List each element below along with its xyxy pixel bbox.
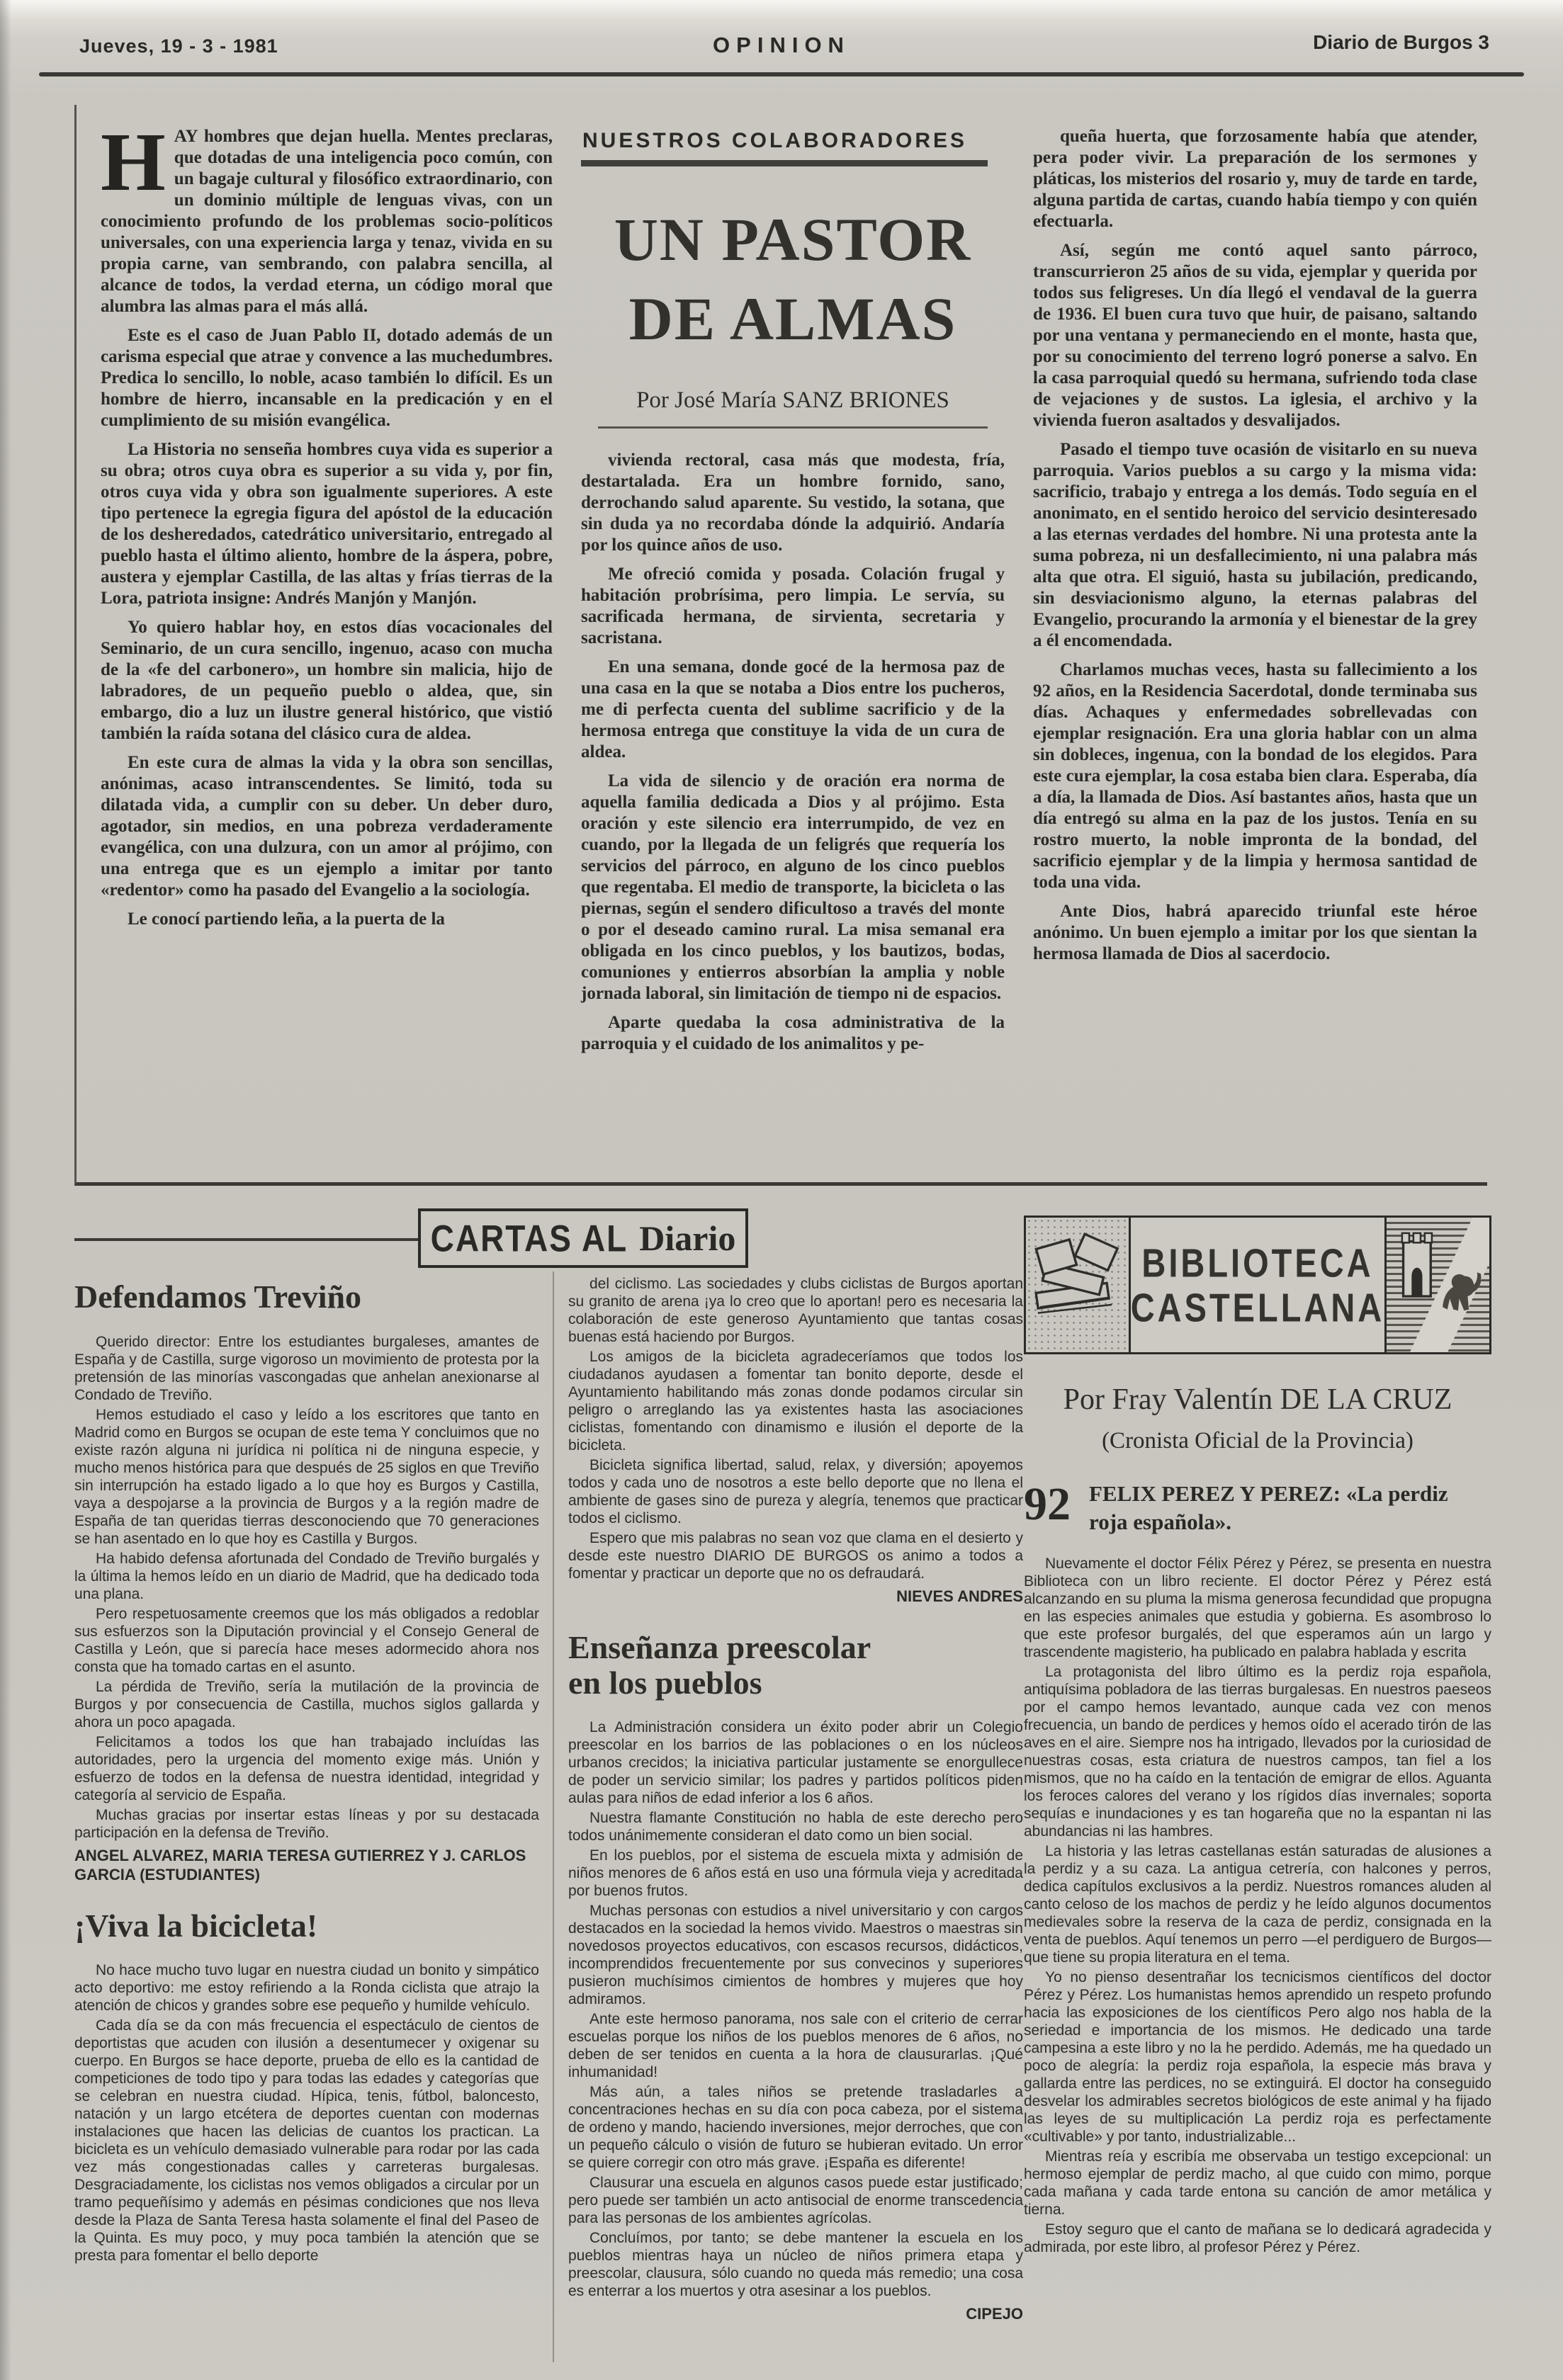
letter-paragraph: Querido director: Entre los estudiantes … xyxy=(74,1333,539,1404)
biblioteca-section: BIBLIOTECA CASTELLANA xyxy=(1024,1215,1491,2258)
review-paragraph: Yo no pienso desentrañar los tecnicismos… xyxy=(1024,1968,1491,2146)
article-paragraph: queña huerta, que forzosamente había que… xyxy=(1033,126,1477,232)
article-paragraph: Aparte quedaba la cosa administrativa de… xyxy=(581,1012,1005,1055)
header-masthead: Diario de Burgos 3 xyxy=(1313,31,1489,54)
entry-title: FELIX PEREZ Y PEREZ: «La perdiz roja esp… xyxy=(1089,1478,1491,1536)
letters-column-left: Defendamos Treviño Querido director: Ent… xyxy=(74,1279,539,2267)
article-byline: Por José María SANZ BRIONES xyxy=(581,387,1005,414)
letter-paragraph: Cada día se da con más frecuencia el esp… xyxy=(74,2017,539,2265)
review-paragraph: Nuevamente el doctor Félix Pérez y Pérez… xyxy=(1024,1555,1491,1661)
letter-paragraph: No hace mucho tuvo lugar en nuestra ciud… xyxy=(74,1961,539,2014)
letter-paragraph: Muchas personas con estudios a nivel uni… xyxy=(568,1902,1023,2008)
letter-paragraph: La Administración considera un éxito pod… xyxy=(568,1718,1023,1807)
article-paragraph: Me ofreció comida y posada. Colación fru… xyxy=(581,564,1005,649)
article-paragraph: Pasado el tiempo tuve ocasión de visitar… xyxy=(1033,439,1477,652)
cartas-title-right: Diario xyxy=(639,1218,735,1259)
article-paragraph: Así, según me contó aquel santo párroco,… xyxy=(1033,240,1477,431)
cartas-title-left: CARTAS AL xyxy=(431,1216,628,1260)
header-rule xyxy=(39,72,1524,76)
letter-title-bicicleta: ¡Viva la bicicleta! xyxy=(74,1908,539,1944)
letter-paragraph: Espero que mis palabras no sean voz que … xyxy=(568,1529,1023,1582)
letter-paragraph: Muchas gracias por insertar estas líneas… xyxy=(74,1806,539,1842)
castile-leon-crest-icon xyxy=(1387,1218,1489,1352)
biblioteca-entry: 92 FELIX PEREZ Y PEREZ: «La perdiz roja … xyxy=(1024,1478,1491,1536)
drop-cap: H xyxy=(101,126,174,194)
byline-rule xyxy=(598,426,988,429)
article-paragraph: La vida de silencio y de oración era nor… xyxy=(581,771,1005,1004)
review-paragraph: La protagonista del libro último es la p… xyxy=(1024,1663,1491,1840)
article-column-2: NUESTROS COLABORADORES UN PASTOR DE ALMA… xyxy=(581,126,1005,1182)
letter-signature: NIEVES ANDRES xyxy=(568,1587,1023,1606)
letter-paragraph: Los amigos de la bicicleta agradeceríamo… xyxy=(568,1348,1023,1454)
article-paragraph: Le conocí partiendo leña, a la puerta de… xyxy=(101,909,553,930)
letter-title-line1: Enseñanza preescolar xyxy=(568,1629,871,1665)
cartas-rule xyxy=(74,1238,419,1241)
letter-paragraph: La pérdida de Treviño, sería la mutilaci… xyxy=(74,1678,539,1731)
biblioteca-byline-sub: (Cronista Oficial de la Provincia) xyxy=(1024,1428,1491,1454)
biblioteca-byline: Por Fray Valentín DE LA CRUZ xyxy=(1024,1383,1491,1417)
letter-paragraph: Más aún, a tales niños se pretende trasl… xyxy=(568,2083,1023,2172)
letter-paragraph: Concluímos, por tanto; se debe mantener … xyxy=(568,2229,1023,2300)
kicker-rule xyxy=(581,160,988,166)
castle-tower-icon xyxy=(1402,1233,1432,1296)
article-column-1: HAY hombres que dejan huella. Mentes pre… xyxy=(101,126,553,1182)
newspaper-page: Jueves, 19 - 3 - 1981 OPINION Diario de … xyxy=(0,0,1563,2380)
entry-number: 92 xyxy=(1024,1478,1071,1536)
letter-signature: CIPEJO xyxy=(568,2304,1023,2323)
review-paragraph: La historia y las letras castellanas est… xyxy=(1024,1842,1491,1966)
letter-paragraph: Ha habido defensa afortunada del Condado… xyxy=(74,1550,539,1603)
letter-title-line2: en los pueblos xyxy=(568,1665,762,1701)
article-paragraph: Yo quiero hablar hoy, en estos días voca… xyxy=(101,617,553,744)
letter-paragraph: Ante este hermoso panorama, nos sale con… xyxy=(568,2010,1023,2081)
article-kicker: NUESTROS COLABORADORES xyxy=(582,129,1005,153)
lion-icon xyxy=(1443,1272,1481,1310)
review-paragraph: Mientras reía y escribía me observaba un… xyxy=(1024,2148,1491,2218)
article-paragraph: vivienda rectoral, casa más que modesta,… xyxy=(581,450,1005,556)
article-title-line1: UN PASTOR xyxy=(614,205,972,273)
letter-paragraph: En los pueblos, por el sistema de escuel… xyxy=(568,1847,1023,1900)
letter-title-trevino: Defendamos Treviño xyxy=(74,1279,539,1315)
main-article: HAY hombres que dejan huella. Mentes pre… xyxy=(74,105,1487,1186)
article-paragraph: La Historia no senseña hombres cuya vida… xyxy=(101,439,553,609)
page-left-shadow xyxy=(0,0,11,2380)
letter-paragraph: Hemos estudiado el caso y leído a los es… xyxy=(74,1406,539,1548)
letter-paragraph: Felicitamos a todos los que han trabajad… xyxy=(74,1733,539,1804)
letter-paragraph: Clausurar una escuela en algunos casos p… xyxy=(568,2174,1023,2227)
article-paragraph: Ante Dios, habrá aparecido triunfal este… xyxy=(1033,901,1477,965)
article-column-3: queña huerta, que forzosamente había que… xyxy=(1033,126,1477,1182)
letter-paragraph: Bicicleta significa libertad, salud, rel… xyxy=(568,1456,1023,1527)
review-paragraph: Estoy seguro que el canto de mañana se l… xyxy=(1024,2221,1491,2256)
article-paragraph: En este cura de almas la vida y la obra … xyxy=(101,752,553,901)
article-title-line2: DE ALMAS xyxy=(629,285,957,353)
letter-title-preescolar: Enseñanza preescolar en los pueblos xyxy=(568,1630,1023,1700)
article-paragraph: Este es el caso de Juan Pablo II, dotado… xyxy=(101,325,553,431)
books-icon xyxy=(1026,1218,1131,1352)
biblioteca-banner-title: BIBLIOTECA CASTELLANA xyxy=(1131,1218,1387,1352)
cartas-header-box: CARTAS AL Diario xyxy=(418,1208,748,1268)
article-paragraph: HAY hombres que dejan huella. Mentes pre… xyxy=(101,126,553,317)
letters-column-middle: del ciclismo. Las sociedades y clubs cic… xyxy=(568,1275,1023,2330)
article-title: UN PASTOR DE ALMAS xyxy=(581,200,1005,359)
column-divider xyxy=(553,1271,554,2362)
letter-signature: ANGEL ALVAREZ, MARIA TERESA GUTIERREZ Y … xyxy=(74,1846,539,1884)
letter-paragraph: del ciclismo. Las sociedades y clubs cic… xyxy=(568,1275,1023,1346)
letter-paragraph: Nuestra flamante Constitución no habla d… xyxy=(568,1809,1023,1844)
letter-paragraph: Pero respetuosamente creemos que los más… xyxy=(74,1605,539,1676)
banner-title-line2: CASTELLANA xyxy=(1131,1284,1385,1331)
article-paragraph: Charlamos muchas veces, hasta su falleci… xyxy=(1033,659,1477,893)
article-paragraph: En una semana, donde gocé de la hermosa … xyxy=(581,657,1005,763)
biblioteca-banner: BIBLIOTECA CASTELLANA xyxy=(1024,1215,1491,1354)
banner-title-line1: BIBLIOTECA xyxy=(1141,1240,1373,1286)
